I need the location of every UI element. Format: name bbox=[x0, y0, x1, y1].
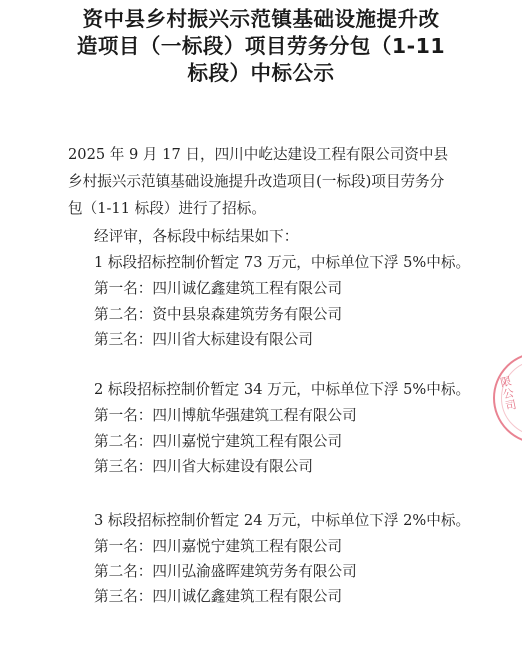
title-line-3: 标段）中标公示 bbox=[0, 60, 522, 87]
intro-line-1: 2025 年 9 月 17 日，四川中屹达建设工程有限公司资中县 bbox=[42, 146, 448, 164]
document-title: 资中县乡村振兴示范镇基础设施提升改 造项目（一标段）项目劳务分包（1-11 标段… bbox=[0, 6, 522, 87]
section-1-summary: 1 标段招标控制价暂定 73 万元，中标单位下浮 5%中标。 bbox=[94, 254, 470, 272]
official-seal-stamp: 限公司 bbox=[493, 352, 522, 444]
intro-line-2: 乡村振兴示范镇基础设施提升改造项目(一标段)项目劳务分 bbox=[68, 173, 444, 191]
section-3-summary: 3 标段招标控制价暂定 24 万元，中标单位下浮 2%中标。 bbox=[94, 512, 470, 530]
section-2-rank-1: 第一名：四川博航华强建筑工程有限公司 bbox=[94, 407, 357, 425]
section-3-rank-2: 第二名：四川弘渝盛晖建筑劳务有限公司 bbox=[94, 563, 357, 581]
section-1-rank-1: 第一名：四川诚亿鑫建筑工程有限公司 bbox=[94, 280, 342, 298]
section-2-rank-2: 第二名：四川嘉悦宁建筑工程有限公司 bbox=[94, 433, 342, 451]
section-3-rank-1: 第一名：四川嘉悦宁建筑工程有限公司 bbox=[94, 538, 342, 556]
section-2-summary: 2 标段招标控制价暂定 34 万元，中标单位下浮 5%中标。 bbox=[94, 381, 470, 399]
section-2-rank-3: 第三名：四川省大标建设有限公司 bbox=[94, 458, 313, 476]
section-1-rank-3: 第三名：四川省大标建设有限公司 bbox=[94, 331, 313, 349]
section-3-rank-3: 第三名：四川诚亿鑫建筑工程有限公司 bbox=[94, 588, 342, 606]
title-line-2: 造项目（一标段）项目劳务分包（1-11 bbox=[0, 33, 522, 60]
review-lead: 经评审，各标段中标结果如下： bbox=[94, 228, 298, 246]
title-line-1: 资中县乡村振兴示范镇基础设施提升改 bbox=[0, 6, 522, 33]
intro-line-3: 包（1-11 标段）进行了招标。 bbox=[68, 200, 266, 218]
section-1-rank-2: 第二名：资中县泉森建筑劳务有限公司 bbox=[94, 306, 342, 324]
